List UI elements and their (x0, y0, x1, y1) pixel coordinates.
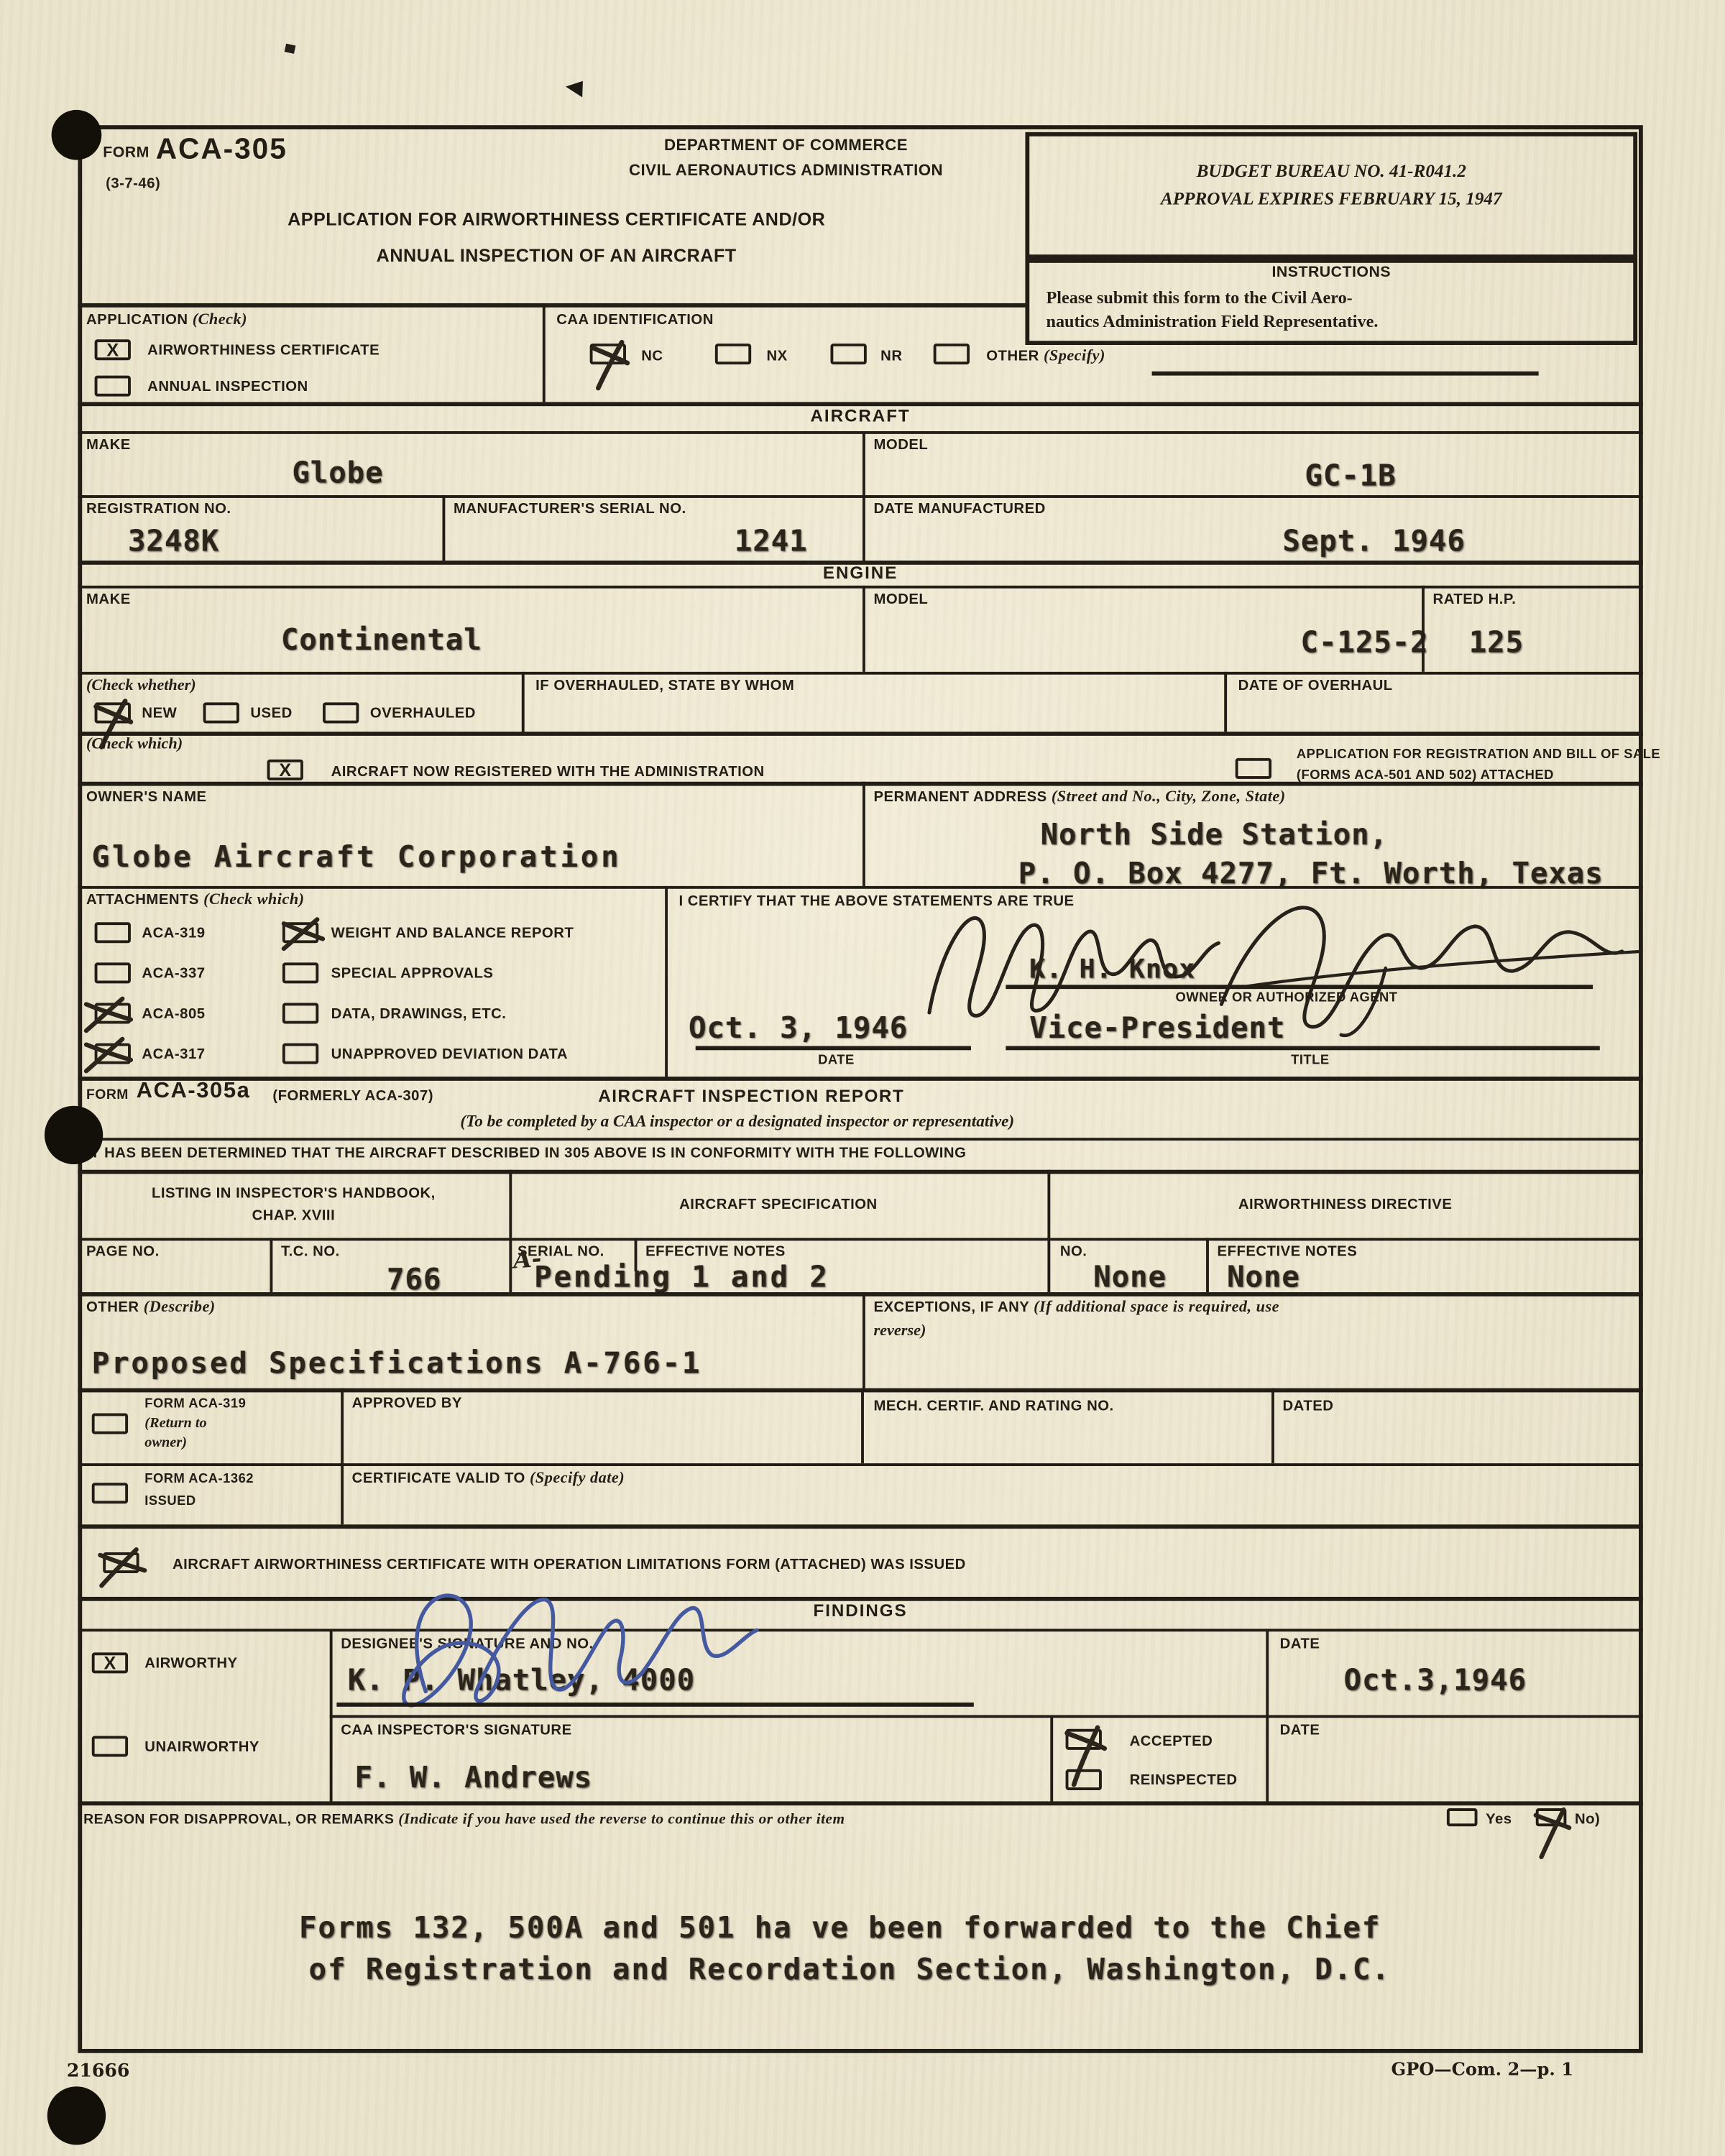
remarks-no-label: No) (1575, 1811, 1600, 1828)
divider-line (1224, 672, 1227, 732)
nr-label: NR (880, 348, 902, 364)
form-title-line1: APPLICATION FOR AIRWORTHINESS CERTIFICAT… (167, 208, 946, 229)
instructions-line1: Please submit this form to the Civil Aer… (1046, 288, 1352, 309)
divider-line (330, 1715, 1643, 1718)
designee-signature-ink (334, 1569, 779, 1715)
permanent-address-label: PERMANENT ADDRESS (Street and No., City,… (873, 788, 1285, 805)
divider-line (341, 1463, 344, 1524)
divider-line (862, 1292, 865, 1388)
other-checkbox[interactable] (934, 344, 970, 364)
date-caption: DATE (818, 1053, 855, 1068)
unapproved-deviation-checkbox[interactable] (282, 1044, 318, 1064)
directive-notes-label: EFFECTIVE NOTES (1218, 1243, 1358, 1260)
divider-line (861, 1388, 864, 1464)
inspection-report-title: AIRCRAFT INSPECTION REPORT (598, 1087, 904, 1106)
engine-overhauled-checkbox[interactable] (323, 702, 359, 723)
divider-line (1050, 1715, 1053, 1801)
page-no-label: PAGE NO. (86, 1243, 160, 1260)
engine-section-title: ENGINE (78, 563, 1642, 583)
other-describe-value: Proposed Specifications A-766-1 (92, 1347, 702, 1380)
engine-make-value: Continental (281, 623, 482, 656)
mech-certif-label: MECH. CERTIF. AND RATING NO. (873, 1398, 1113, 1414)
aircraft-make-label: MAKE (86, 437, 131, 453)
budget-approval-expires: APPROVAL EXPIRES FEBRUARY 15, 1947 (1039, 188, 1624, 210)
form-number-prefix: FORM (103, 144, 149, 161)
divider-line (862, 586, 865, 672)
remarks-yes-label: Yes (1486, 1811, 1512, 1828)
divider-line (78, 1628, 1642, 1631)
divider-line (78, 303, 1025, 308)
nx-label: NX (766, 348, 787, 364)
caa-identification-label: CAA IDENTIFICATION (556, 312, 714, 328)
remarks-yes-checkbox[interactable] (1447, 1808, 1478, 1826)
inspection-form-prefix: FORM (86, 1088, 129, 1103)
findings-section-title: FINDINGS (78, 1601, 1642, 1621)
aircraft-spec-column-header: AIRCRAFT SPECIFICATION (509, 1197, 1047, 1213)
caa-inspector-signature-typed: F. W. Andrews (355, 1761, 593, 1794)
findings-date-value: Oct.3,1946 (1344, 1664, 1527, 1697)
handwritten-x-aca805 (80, 995, 136, 1033)
aca-319-label: ACA-319 (142, 925, 205, 941)
registration-no-value: 3248K (128, 525, 219, 558)
permanent-address-line1: North Side Station, (1041, 818, 1388, 851)
caa-inspector-signature-label: CAA INSPECTOR'S SIGNATURE (341, 1722, 571, 1738)
aca-337-label: ACA-337 (142, 965, 205, 982)
department-line: DEPARTMENT OF COMMERCE (556, 138, 1016, 155)
aircraft-section-title: AIRCRAFT (78, 406, 1642, 425)
footer-gpo: GPO—Com. 2—p. 1 (1391, 2059, 1573, 2080)
aircraft-make-value: Globe (292, 456, 383, 489)
airworthiness-certificate-label: AIRWORTHINESS CERTIFICATE (147, 342, 379, 359)
data-drawings-checkbox[interactable] (282, 1003, 318, 1023)
reinspected-checkbox[interactable] (1066, 1769, 1102, 1790)
aca-319-checkbox[interactable] (95, 922, 131, 943)
unapproved-deviation-label: UNAPPROVED DEVIATION DATA (331, 1046, 568, 1062)
stray-mark (566, 81, 588, 101)
reinspected-label: REINSPECTED (1130, 1772, 1238, 1789)
spec-notes-label: EFFECTIVE NOTES (645, 1243, 786, 1260)
engine-used-checkbox[interactable] (203, 702, 239, 723)
rated-hp-label: RATED H.P. (1433, 591, 1517, 608)
divider-line (78, 1801, 1642, 1806)
signature-line[interactable] (1006, 985, 1593, 988)
hole-punch (45, 1106, 103, 1164)
inspection-subtitle: (To be completed by a CAA inspector or a… (167, 1111, 1307, 1132)
form-aca-1362-label: FORM ACA-1362 (144, 1472, 254, 1487)
certify-date-value: Oct. 3, 1946 (689, 1011, 908, 1044)
divider-line (1206, 1238, 1209, 1292)
unairworthy-label: UNAIRWORTHY (144, 1738, 259, 1755)
handwritten-x-aca317 (80, 1035, 136, 1074)
divider-line (862, 782, 865, 886)
findings-date2-label: DATE (1280, 1722, 1320, 1738)
inspection-form-number: ACA-305a (137, 1079, 251, 1105)
owner-name-value: Globe Aircraft Corporation (92, 840, 622, 873)
divider-line (1271, 1388, 1274, 1464)
divider-line (78, 1077, 1642, 1082)
listing-column-header-line1: LISTING IN INSPECTOR'S HANDBOOK, (80, 1185, 506, 1202)
aca-805-label: ACA-805 (142, 1005, 205, 1022)
divider-line (78, 672, 1642, 675)
date-of-overhaul-label: DATE OF OVERHAUL (1238, 678, 1393, 694)
annual-inspection-checkbox[interactable] (95, 376, 131, 397)
airworthy-label: AIRWORTHY (144, 1655, 237, 1672)
aca-317-label: ACA-317 (142, 1046, 205, 1062)
designee-signature-line[interactable] (336, 1703, 973, 1706)
airworthy-checkbox[interactable]: X (92, 1652, 128, 1673)
scanned-form-page: FORM ACA-305 (3-7-46) DEPARTMENT OF COMM… (0, 0, 1725, 2156)
form-aca-1362-checkbox[interactable] (92, 1483, 128, 1503)
divider-line (78, 1524, 1642, 1529)
divider-line (509, 1170, 512, 1292)
registration-no-label: REGISTRATION NO. (86, 501, 231, 517)
directive-no-label: NO. (1060, 1243, 1087, 1260)
form-aca-319-checkbox[interactable] (92, 1413, 128, 1434)
engine-model-value: C-125-2 (1301, 626, 1429, 659)
divider-line (78, 1463, 1642, 1466)
budget-bureau-number: BUDGET BUREAU NO. 41-R041.2 (1039, 160, 1624, 183)
engine-new-label: NEW (142, 705, 177, 722)
nr-checkbox[interactable] (830, 344, 866, 364)
engine-overhauled-label: OVERHAULED (370, 705, 476, 722)
divider-line (270, 1238, 272, 1292)
tc-no-value: 766 (387, 1263, 441, 1296)
date-line[interactable] (696, 1046, 971, 1049)
divider-line (665, 886, 668, 1077)
form-aca-319-label: FORM ACA-319 (144, 1396, 246, 1411)
form-aca-1362-issued: ISSUED (144, 1494, 195, 1509)
divider-line (442, 495, 445, 561)
annual-inspection-label: ANNUAL INSPECTION (147, 378, 308, 395)
accepted-label: ACCEPTED (1130, 1733, 1213, 1750)
date-manufactured-value: Sept. 1946 (1283, 525, 1466, 558)
other-label: OTHER (Specify) (986, 348, 1105, 364)
divider-line (78, 1292, 1642, 1297)
serial-no-label: MANUFACTURER'S SERIAL NO. (454, 501, 686, 517)
form-aca-319-return1: (Return to (144, 1416, 206, 1431)
divider-line (1422, 586, 1425, 672)
data-drawings-label: DATA, DRAWINGS, ETC. (331, 1005, 507, 1022)
approved-by-label: APPROVED BY (352, 1395, 462, 1411)
listing-column-header-line2: CHAP. XVIII (80, 1207, 506, 1224)
check-which-label: (Check which) (86, 736, 183, 752)
stray-mark (285, 44, 296, 54)
spec-value: Pending 1 and 2 (534, 1261, 829, 1294)
divider-line (543, 303, 546, 402)
registered-label: AIRCRAFT NOW REGISTERED WITH THE ADMINIS… (331, 764, 765, 780)
aircraft-model-label: MODEL (873, 437, 928, 453)
dated-label: DATED (1283, 1398, 1334, 1414)
hole-punch (47, 2086, 106, 2145)
signer-name-typed: K. H. Knox (1029, 954, 1195, 985)
weight-balance-label: WEIGHT AND BALANCE REPORT (331, 925, 574, 941)
nx-checkbox[interactable] (715, 344, 751, 364)
owner-name-label: OWNER'S NAME (86, 788, 207, 805)
findings-date-label: DATE (1280, 1636, 1320, 1652)
instructions-title: INSTRUCTIONS (1039, 264, 1624, 281)
divider-line (78, 732, 1642, 737)
other-specify-blank[interactable] (1152, 372, 1539, 375)
exceptions-label: EXCEPTIONS, IF ANY (If additional space … (873, 1299, 1279, 1316)
instructions-line2: nautics Administration Field Representat… (1046, 312, 1378, 333)
special-approvals-label: SPECIAL APPROVALS (331, 965, 494, 982)
title-line[interactable] (1006, 1046, 1599, 1049)
form-aca-319-return2: owner) (144, 1435, 187, 1450)
form-number: ACA-305 (156, 134, 287, 167)
engine-make-label: MAKE (86, 591, 131, 608)
rated-hp-value: 125 (1469, 626, 1524, 659)
engine-used-label: USED (250, 705, 292, 722)
title-caption: TITLE (1291, 1053, 1329, 1068)
note-line1: Forms 132, 500A and 501 ha ve been forwa… (299, 1911, 1381, 1944)
special-approvals-checkbox[interactable] (282, 962, 318, 983)
other-describe-label: OTHER (Describe) (86, 1299, 216, 1316)
divider-line (78, 431, 1642, 434)
divider-line (862, 431, 865, 495)
divider-line (78, 1170, 1642, 1174)
handwritten-x-weight-balance (278, 916, 328, 952)
divider-line (1047, 1170, 1050, 1292)
handwritten-x-no (1530, 1805, 1575, 1861)
divider-line (78, 1138, 1642, 1141)
exceptions-label-line2: reverse) (873, 1323, 926, 1340)
aca-337-checkbox[interactable] (95, 962, 131, 983)
application-label: APPLICATION (Check) (86, 312, 247, 328)
check-whether-label: (Check whether) (86, 678, 196, 694)
note-line2: of Registration and Recordation Section,… (309, 1953, 1391, 1986)
date-manufactured-label: DATE MANUFACTURED (873, 501, 1045, 517)
divider-line (522, 672, 525, 732)
bill-of-sale-checkbox[interactable] (1236, 758, 1271, 779)
inspection-formerly: (FORMERLY ACA-307) (272, 1088, 433, 1105)
divider-line (78, 495, 1642, 498)
divider-line (341, 1388, 344, 1464)
remarks-label: REASON FOR DISAPPROVAL, OR REMARKS (Indi… (83, 1811, 845, 1828)
hole-punch (52, 110, 102, 160)
unairworthy-checkbox[interactable] (92, 1736, 128, 1756)
form-revision-date: (3-7-46) (106, 175, 160, 192)
directive-notes-value: None (1227, 1261, 1300, 1294)
divider-line (862, 495, 865, 561)
footer-print-code: 21666 (67, 2061, 130, 2082)
owner-agent-caption: OWNER OR AUTHORIZED AGENT (1175, 990, 1397, 1005)
attachments-label: ATTACHMENTS (Check which) (86, 892, 305, 908)
certificate-valid-label: CERTIFICATE VALID TO (Specify date) (352, 1470, 625, 1487)
airworthiness-directive-column-header: AIRWORTHINESS DIRECTIVE (1047, 1197, 1642, 1213)
engine-model-label: MODEL (873, 591, 928, 608)
aircraft-model-value: GC-1B (1305, 459, 1396, 492)
serial-no-value: 1241 (735, 525, 808, 558)
bill-of-sale-line2: (FORMS ACA-501 AND 502) ATTACHED (1297, 768, 1554, 783)
handwritten-x-certificate-issued (95, 1544, 150, 1588)
airworthiness-certificate-checkbox[interactable]: X (95, 339, 131, 360)
nc-label: NC (641, 348, 663, 364)
form-title-line2: ANNUAL INSPECTION OF AN AIRCRAFT (167, 245, 946, 266)
if-overhauled-label: IF OVERHAULED, STATE BY WHOM (535, 678, 794, 694)
administration-line: CIVIL AERONAUTICS ADMINISTRATION (556, 162, 1016, 179)
divider-line (78, 1238, 1642, 1241)
divider-line (78, 586, 1642, 589)
handwritten-x-nc (586, 336, 633, 392)
determination-statement: IT HAS BEEN DETERMINED THAT THE AIRCRAFT… (86, 1145, 966, 1161)
directive-no-value: None (1093, 1261, 1167, 1294)
registered-checkbox[interactable]: X (267, 760, 303, 780)
bill-of-sale-line1: APPLICATION FOR REGISTRATION AND BILL OF… (1297, 747, 1660, 762)
divider-line (78, 782, 1642, 786)
certify-title-value: Vice-President (1029, 1011, 1285, 1044)
tc-no-label: T.C. NO. (281, 1243, 340, 1260)
